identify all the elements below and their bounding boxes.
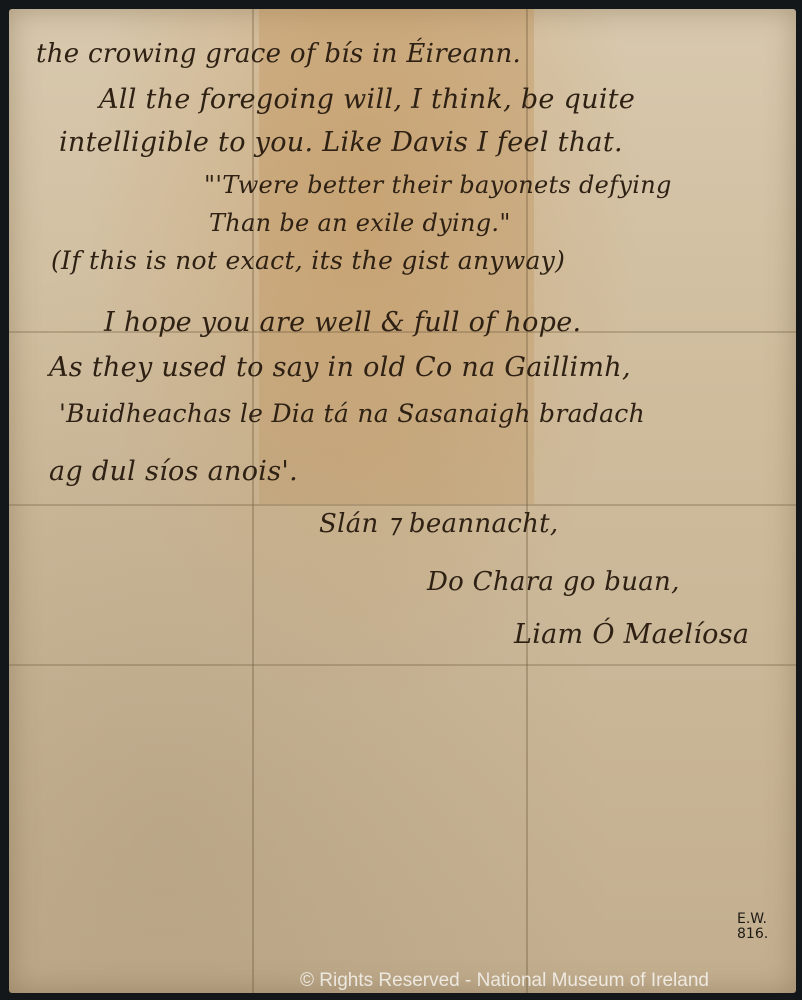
letter-line: the crowing grace of bís in Éireann. bbox=[36, 39, 521, 69]
letter-line: Than be an exile dying." bbox=[209, 209, 511, 237]
letter-line: "'Twere better their bayonets defying bbox=[204, 171, 672, 199]
letter-line: I hope you are well & full of hope. bbox=[104, 307, 581, 338]
copyright-watermark: © Rights Reserved - National Museum of I… bbox=[300, 970, 709, 992]
catalog-mark-line2: 816. bbox=[737, 927, 768, 942]
letter-line: ag dul síos anois'. bbox=[49, 456, 298, 487]
valediction: Do Chara go buan, bbox=[427, 567, 680, 597]
fold-line-horizontal-lower bbox=[9, 664, 796, 666]
letter-line: As they used to say in old Co na Gaillim… bbox=[49, 352, 631, 383]
letter-line: intelligible to you. Like Davis I feel t… bbox=[59, 127, 623, 158]
fold-line-horizontal-middle bbox=[9, 504, 796, 506]
letter-line: 'Buidheachas le Dia tá na Sasanaigh brad… bbox=[59, 399, 645, 428]
signature: Liam Ó Maelíosa bbox=[514, 619, 749, 650]
letter-line: All the foregoing will, I think, be quit… bbox=[99, 84, 635, 115]
letter-page: the crowing grace of bís in Éireann. All… bbox=[9, 9, 796, 993]
salutation: Slán ⁊ beannacht, bbox=[319, 509, 558, 539]
letter-line: (If this is not exact, its the gist anyw… bbox=[51, 246, 565, 275]
catalog-mark: E.W. 816. bbox=[737, 912, 768, 942]
catalog-mark-line1: E.W. bbox=[737, 912, 768, 927]
